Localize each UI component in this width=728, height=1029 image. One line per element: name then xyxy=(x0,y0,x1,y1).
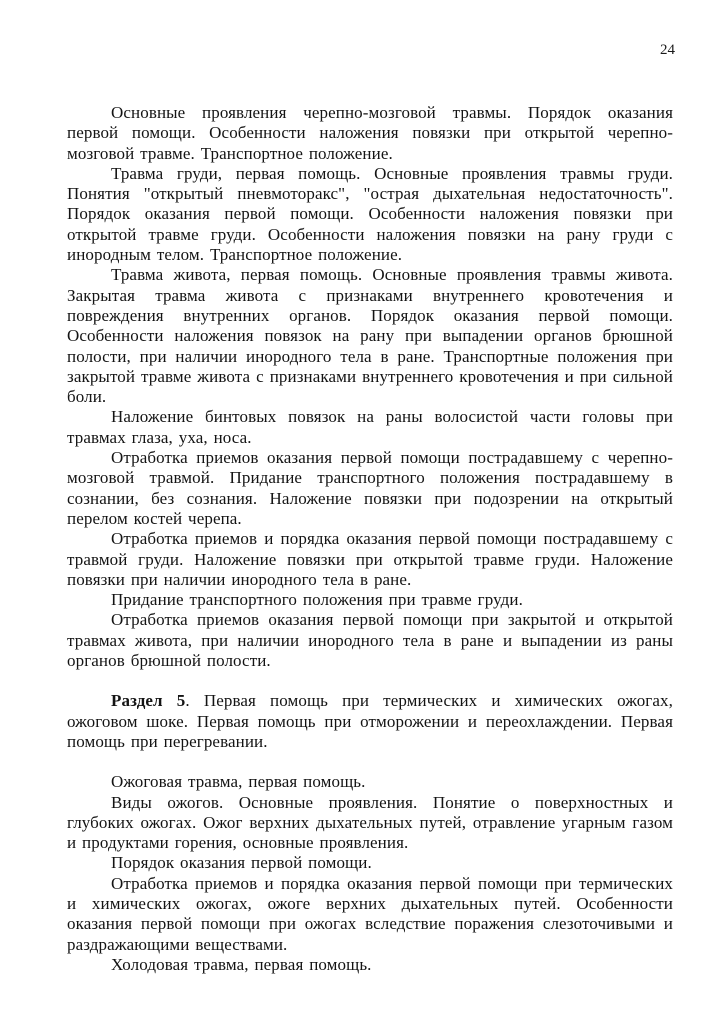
paragraph-head-bandaging: Наложение бинтовых повязок на раны волос… xyxy=(67,407,673,448)
paragraph-burn-intro: Ожоговая травма, первая помощь. xyxy=(67,772,673,792)
paragraph-burn-types: Виды ожогов. Основные проявления. Поняти… xyxy=(67,793,673,854)
section-5-heading: Раздел 5. Первая помощь при термических … xyxy=(67,691,673,752)
paragraph-chest-injury: Травма груди, первая помощь. Основные пр… xyxy=(67,164,673,265)
paragraph-practice-tbi: Отработка приемов оказания первой помощи… xyxy=(67,448,673,529)
section-5-label: Раздел 5 xyxy=(111,691,185,710)
paragraph-practice-burns: Отработка приемов и порядка оказания пер… xyxy=(67,874,673,955)
paragraph-practice-abdomen: Отработка приемов оказания первой помощи… xyxy=(67,610,673,671)
paragraph-cold-injury: Холодовая травма, первая помощь. xyxy=(67,955,673,975)
paragraph-transport-chest: Придание транспортного положения при тра… xyxy=(67,590,673,610)
paragraph-practice-chest: Отработка приемов и порядка оказания пер… xyxy=(67,529,673,590)
page-body: Основные проявления черепно-мозговой тра… xyxy=(67,103,673,975)
paragraph-abdomen-injury: Травма живота, первая помощь. Основные п… xyxy=(67,265,673,407)
paragraph-first-aid-order: Порядок оказания первой помощи. xyxy=(67,853,673,873)
page-number: 24 xyxy=(660,42,675,58)
paragraph-tbi-overview: Основные проявления черепно-мозговой тра… xyxy=(67,103,673,164)
document-page: 24 Основные проявления черепно-мозговой … xyxy=(0,0,728,1029)
